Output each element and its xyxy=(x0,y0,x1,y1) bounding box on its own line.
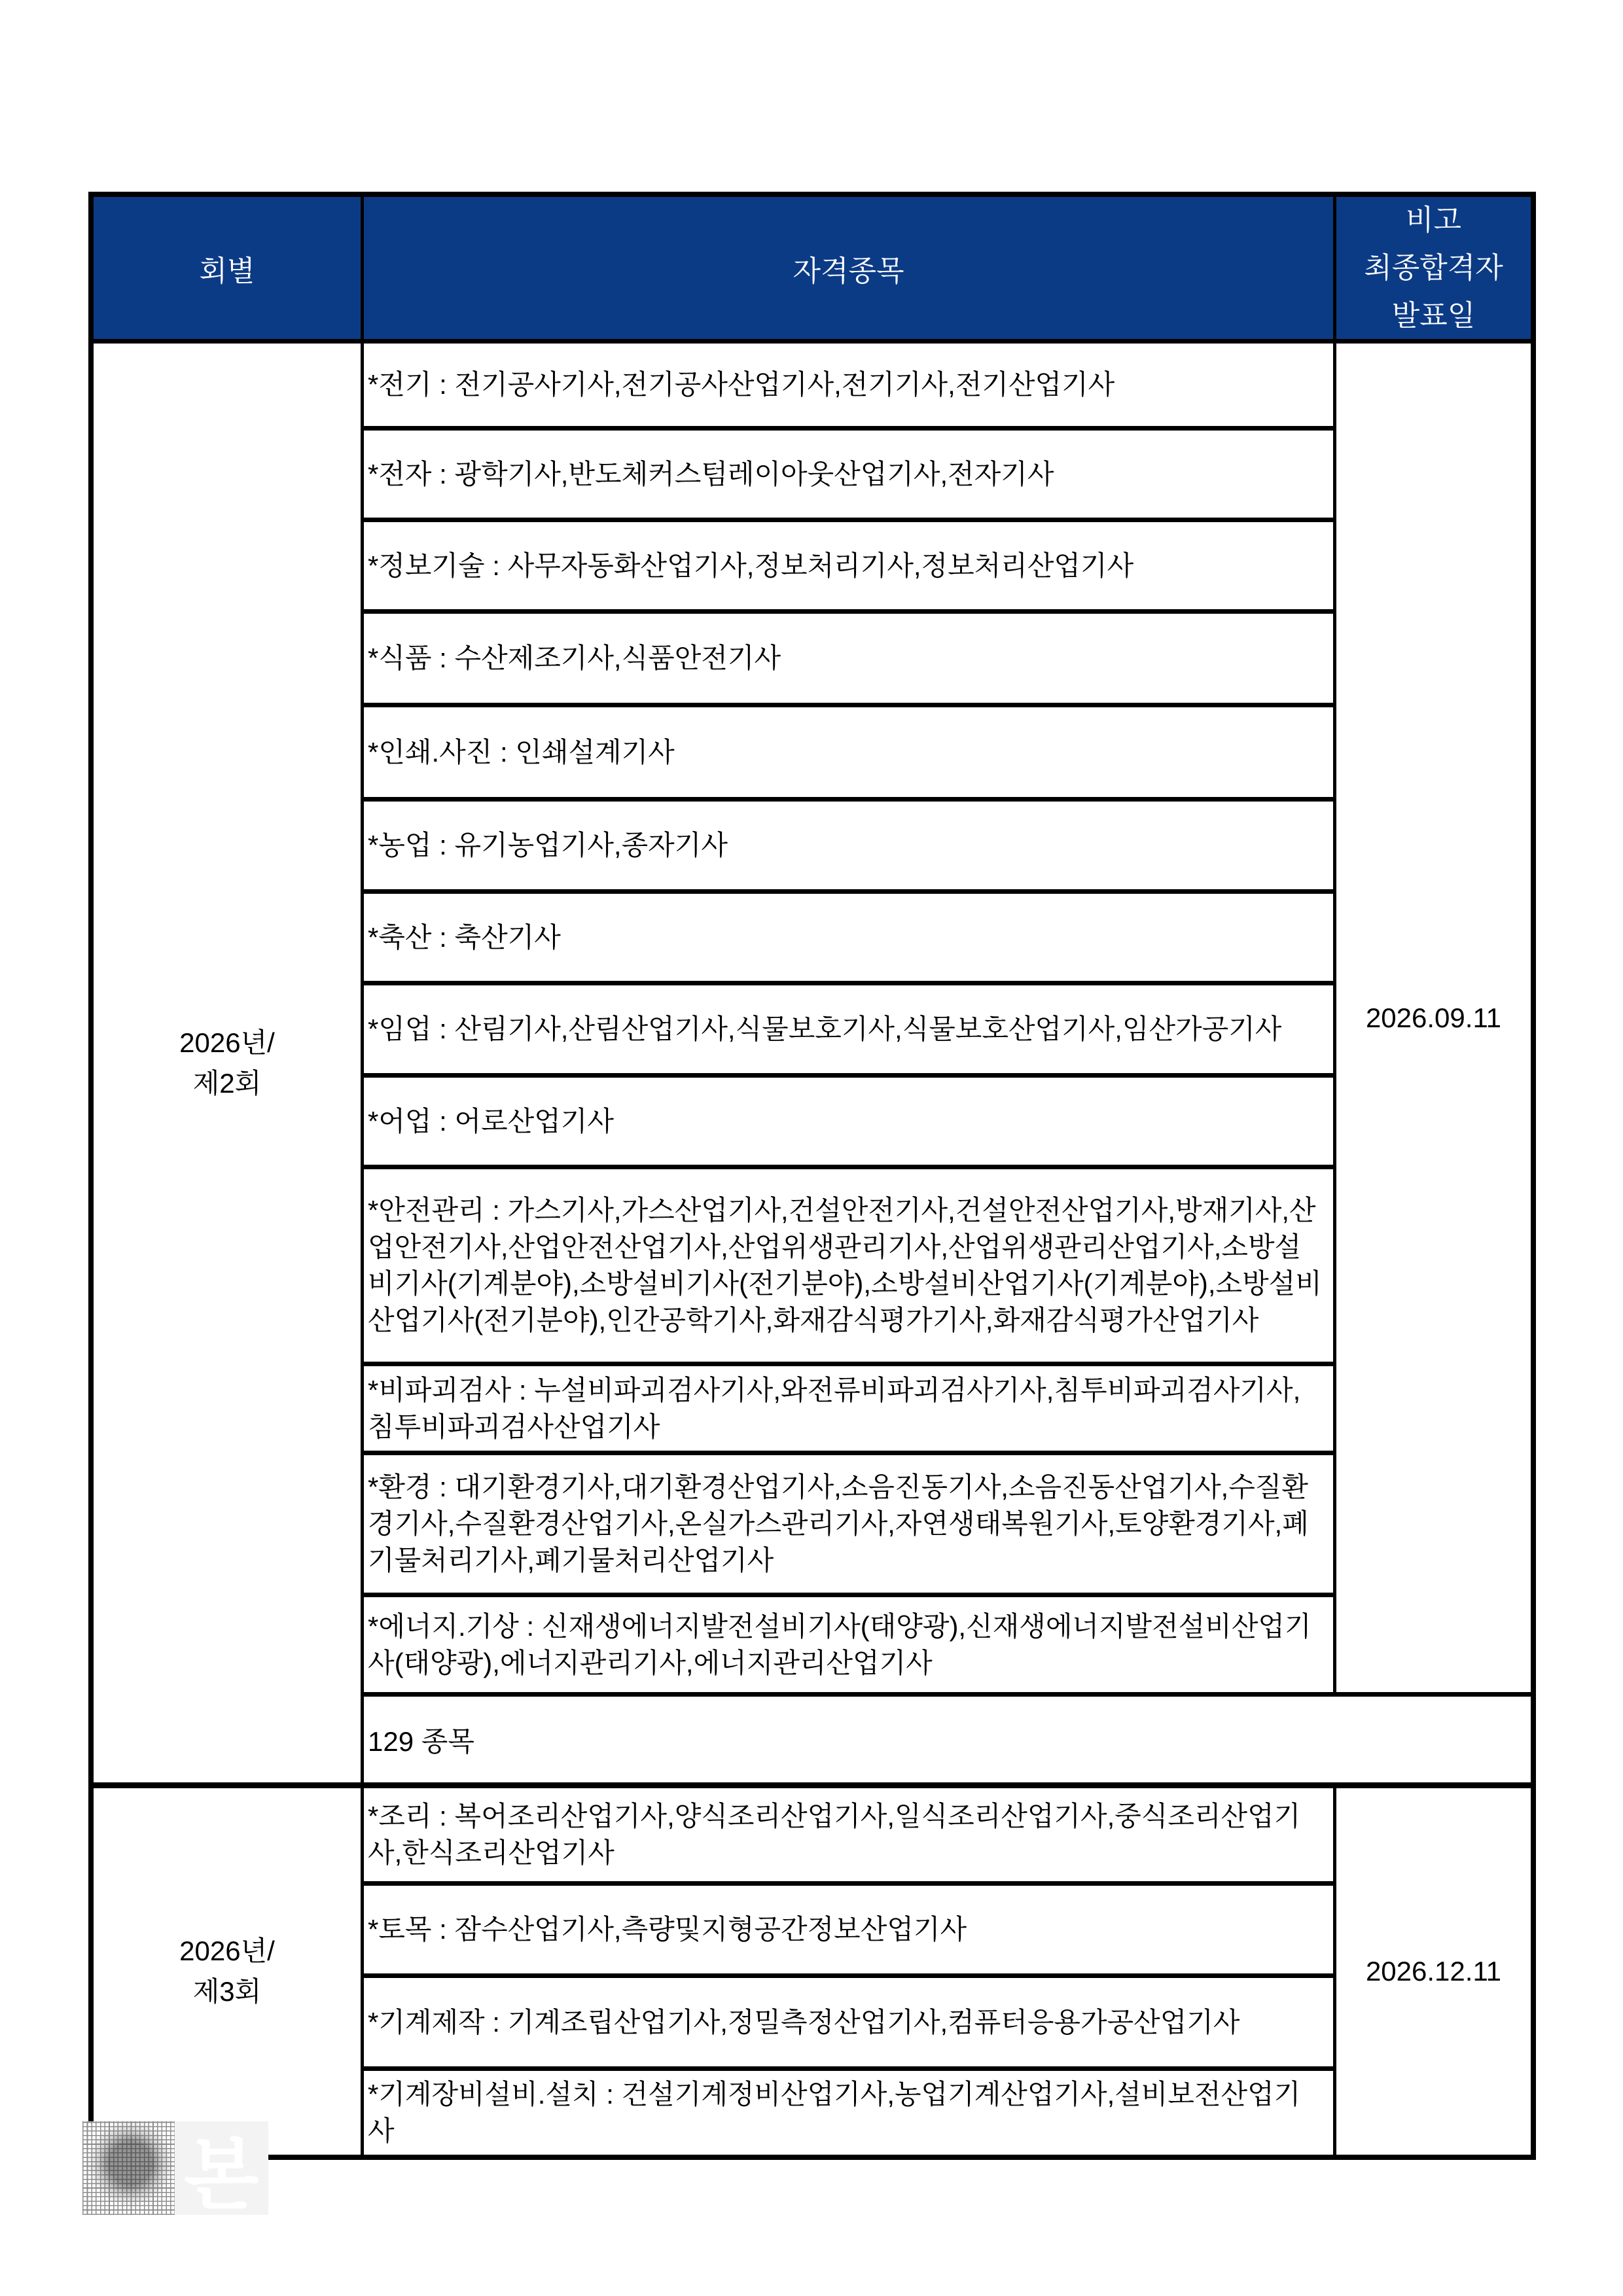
header-remark-line: 발표일 xyxy=(1392,292,1476,340)
stamp-char: 본 xyxy=(175,2121,268,2215)
section-round2: 2026년/ 제2회 *전기 : 전기공사기사,전기공사산업기사,전기기사,전기… xyxy=(94,344,1531,1782)
category-row: *인쇄.사진 : 인쇄설계기사 xyxy=(364,707,1333,802)
header-remark-line: 비고 xyxy=(1406,196,1461,244)
category-row: *토목 : 잠수산업기사,측량및지형공간정보산업기사 xyxy=(364,1886,1333,1978)
category-rows-round3: *조리 : 복어조리산업기사,양식조리산업기사,일식조리산업기사,중식조리산업기… xyxy=(364,1788,1336,2155)
category-row: *기계제작 : 기계조립산업기사,정밀측정산업기사,컴퓨터응용가공산업기사 xyxy=(364,1978,1333,2071)
category-row: *임업 : 산림기사,산림산업기사,식물보호기사,식물보호산업기사,임산가공기사 xyxy=(364,985,1333,1078)
section-round2-upper: *전기 : 전기공사기사,전기공사산업기사,전기기사,전기산업기사 *전자 : … xyxy=(364,344,1531,1692)
stamp-halftone-pattern xyxy=(82,2121,175,2215)
session-year: 2026년/ xyxy=(179,1931,275,1971)
header-session: 회별 xyxy=(94,197,364,339)
session-round: 제3회 xyxy=(193,1971,262,2012)
item-count-row: 129 종목 xyxy=(364,1692,1531,1782)
session-cell-round2: 2026년/ 제2회 xyxy=(94,344,364,1782)
header-category-label: 자격종목 xyxy=(793,247,904,289)
header-remark-line: 최종합격자 xyxy=(1364,244,1503,292)
category-row: *안전관리 : 가스기사,가스산업기사,건설안전기사,건설안전산업기사,방재기사… xyxy=(364,1169,1333,1366)
header-category: 자격종목 xyxy=(364,197,1336,339)
category-row: *전자 : 광학기사,반도체커스텀레이아웃산업기사,전자기사 xyxy=(364,431,1333,522)
category-row: *에너지.기상 : 신재생에너지발전설비기사(태양광),신재생에너지발전설비산업… xyxy=(364,1597,1333,1692)
header-remark: 비고 최종합격자 발표일 xyxy=(1336,197,1531,339)
session-cell-round3: 2026년/ 제3회 xyxy=(94,1788,364,2155)
category-row: *전기 : 전기공사기사,전기공사산업기사,전기기사,전기산업기사 xyxy=(364,344,1333,431)
table-header-row: 회별 자격종목 비고 최종합격자 발표일 xyxy=(94,197,1531,344)
category-row: *기계장비설비.설치 : 건설기계정비산업기사,농업기계산업기사,설비보전산업기… xyxy=(364,2071,1333,2155)
category-row: *어업 : 어로산업기사 xyxy=(364,1078,1333,1169)
header-session-label: 회별 xyxy=(199,247,255,289)
category-row: *조리 : 복어조리산업기사,양식조리산업기사,일식조리산업기사,중식조리산업기… xyxy=(364,1788,1333,1886)
announce-date-round3: 2026.12.11 xyxy=(1336,1788,1531,2155)
category-row: *환경 : 대기환경기사,대기환경산업기사,소음진동기사,소음진동산업기사,수질… xyxy=(364,1455,1333,1597)
category-row: *식품 : 수산제조기사,식품안전기사 xyxy=(364,614,1333,707)
category-row: *축산 : 축산기사 xyxy=(364,894,1333,985)
announce-date-round2: 2026.09.11 xyxy=(1336,344,1531,1692)
category-row: *농업 : 유기농업기사,종자기사 xyxy=(364,802,1333,894)
session-round: 제2회 xyxy=(193,1063,262,1104)
category-row: *정보기술 : 사무자동화산업기사,정보처리기사,정보처리산업기사 xyxy=(364,522,1333,614)
section-round3: 2026년/ 제3회 *조리 : 복어조리산업기사,양식조리산업기사,일식조리산… xyxy=(94,1782,1531,2155)
announce-date-value: 2026.09.11 xyxy=(1366,1002,1501,1034)
category-row: *비파괴검사 : 누설비파괴검사기사,와전류비파괴검사기사,침투비파괴검사기사,… xyxy=(364,1366,1333,1455)
page: { "header": { "session_label": "회별", "ca… xyxy=(0,0,1623,2296)
announce-date-value: 2026.12.11 xyxy=(1366,1956,1501,1987)
session-year: 2026년/ xyxy=(179,1023,275,1063)
stamp: 본 xyxy=(82,2121,268,2215)
section-round2-body: *전기 : 전기공사기사,전기공사산업기사,전기기사,전기산업기사 *전자 : … xyxy=(364,344,1531,1782)
exam-schedule-table: 회별 자격종목 비고 최종합격자 발표일 2026년/ 제2회 *전기 : 전기… xyxy=(88,192,1536,2160)
category-rows-round2: *전기 : 전기공사기사,전기공사산업기사,전기기사,전기산업기사 *전자 : … xyxy=(364,344,1336,1692)
